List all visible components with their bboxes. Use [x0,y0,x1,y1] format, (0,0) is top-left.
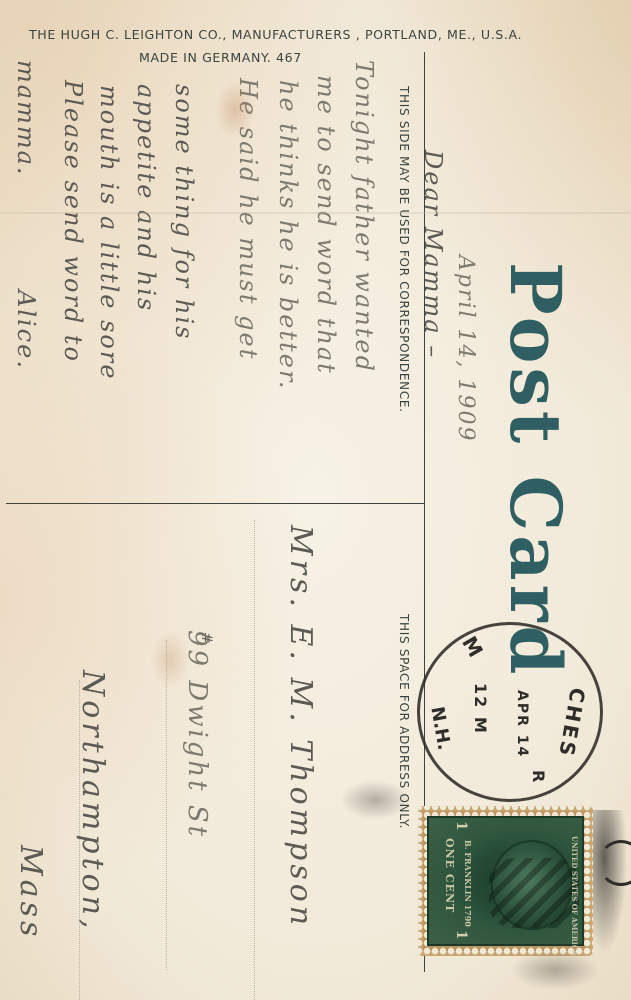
message-signature: Alice. [12,290,40,370]
message-line: me to send word that [312,75,340,375]
foxing-stain [150,630,190,690]
horizontal-divider [6,503,425,504]
message-line: he thinks he is better. [274,80,302,390]
correspondence-note: THIS SIDE MAY BE USED FOR CORRESPONDENCE… [397,86,411,413]
address-city: Northampton, [75,670,110,933]
postmark-date: APR 14 [514,690,530,758]
ink-smudge [510,950,600,990]
stamp-value-text: ONE CENT [443,838,456,913]
postage-stamp: ONE CENT B. FRANKLIN 1790 UNITED STATES … [418,806,593,956]
postmark-suffix: R [529,770,548,782]
message-line: appetite and his [132,84,160,312]
foxing-stain [215,80,255,140]
stamp-name-text: B. FRANKLIN 1790 [463,840,473,927]
message-line: mamma. [12,60,40,177]
ink-smudge [340,780,410,820]
address-guide-line [254,520,255,1000]
address-recipient: Mrs. E. M. Thompson [283,525,318,929]
stamp-country-text: UNITED STATES OF AMERICA [570,836,579,956]
message-line: Tonight father wanted [350,60,378,373]
stamp-denomination-bottom: 1 [453,930,469,940]
message-line: mouth is a little sore [95,85,123,381]
canceller-smudge [593,810,631,970]
message-line: some thing for his [170,84,198,340]
postcard: THE HUGH C. LEIGHTON CO., MANUFACTURERS … [0,0,631,1000]
post-card-title: Post Card [500,262,570,678]
stamp-engraving: ONE CENT B. FRANKLIN 1790 UNITED STATES … [427,816,584,946]
message-line: Please send word to [59,80,87,363]
stamp-denomination-top: 1 [453,821,469,831]
message-greeting: Dear Mamma – [419,150,447,359]
message-date: April 14, 1909 [453,255,478,443]
postmark-time: 12 M [471,683,490,735]
cancellation-bars-icon [489,858,579,928]
address-state: Mass [13,845,48,940]
printer-imprint: THE HUGH C. LEIGHTON CO., MANUFACTURERS … [29,27,522,42]
made-in-germany-label: MADE IN GERMANY. 467 [139,50,302,65]
